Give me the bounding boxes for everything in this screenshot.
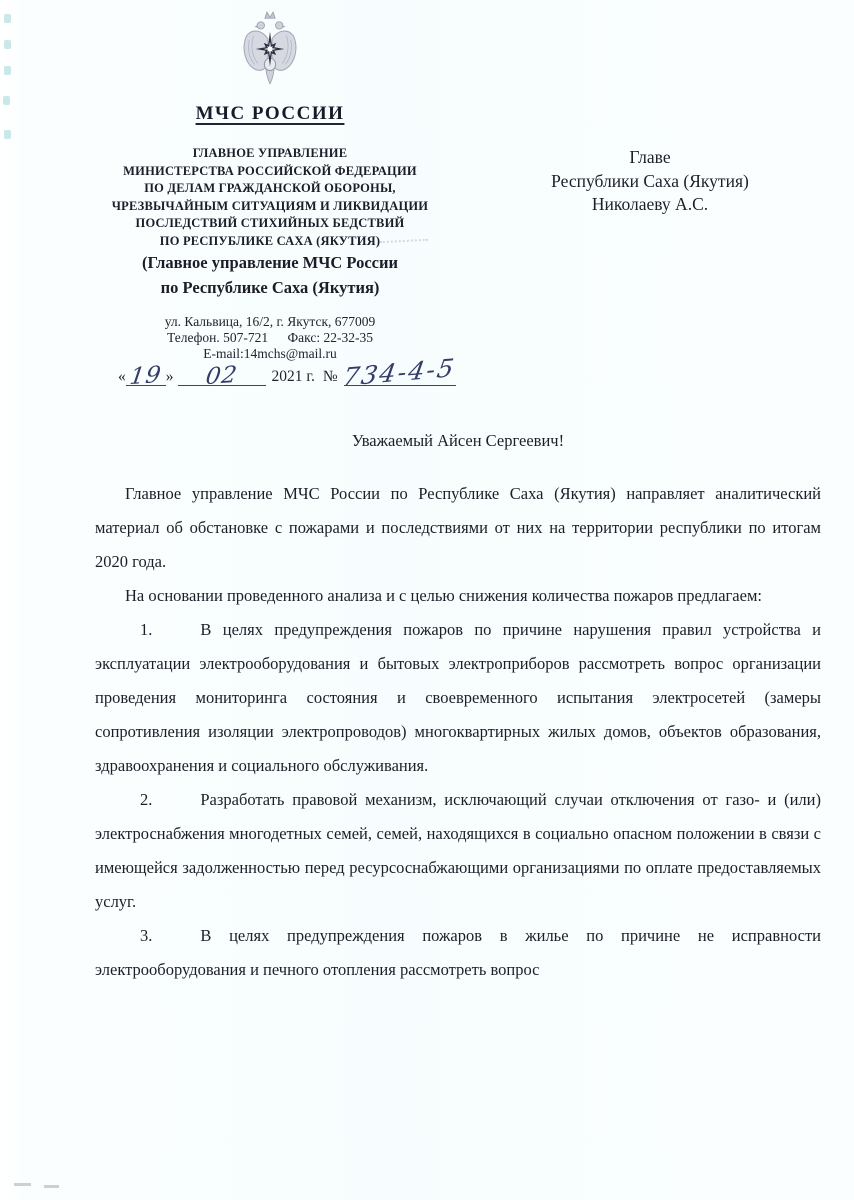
letter-body: Уважаемый Айсен Сергеевич! Главное управ… [95, 424, 821, 987]
scan-artifact [4, 130, 11, 139]
quote-close: » [166, 368, 174, 385]
number-sign: № [323, 368, 338, 385]
org-paren-line: по Республике Саха (Якутия) [52, 276, 488, 300]
body-paragraph: Главное управление МЧС России по Республ… [95, 477, 821, 579]
scan-artifact [44, 1185, 59, 1188]
org-short-title: МЧС РОССИИ [52, 103, 488, 125]
date-and-number-line: «19»022021 г.№734-4-5 [118, 362, 498, 386]
paragraph-text: Главное управление МЧС России по Республ… [95, 484, 821, 571]
org-line: ПОСЛЕДСТВИЙ СТИХИЙНЫХ БЕДСТВИЙ [52, 215, 488, 233]
scan-artifact [4, 14, 11, 23]
item-number: 3. [140, 926, 152, 945]
org-full-name: ГЛАВНОЕ УПРАВЛЕНИЕ МИНИСТЕРСТВА РОССИЙСК… [52, 145, 488, 250]
salutation: Уважаемый Айсен Сергеевич! [95, 424, 821, 458]
paragraph-text: Разработать правовой механизм, исключающ… [95, 790, 821, 911]
body-paragraph: На основании проведенного анализа и с це… [95, 579, 821, 613]
paragraph-text: В целях предупреждения пожаров в жилье п… [95, 926, 821, 979]
paragraph-text: В целях предупреждения пожаров по причин… [95, 620, 821, 775]
recipient-region: Республики Саха (Якутия) [492, 170, 808, 194]
org-line: ГЛАВНОЕ УПРАВЛЕНИЕ [52, 145, 488, 163]
handwritten-day: 19 [128, 365, 163, 388]
org-line: ПО ДЕЛАМ ГРАЖДАНСКОЙ ОБОРОНЫ, [52, 180, 488, 198]
org-paren-line: (Главное управление МЧС России [52, 251, 488, 275]
handwritten-outgoing-number: 734-4-5 [342, 357, 458, 389]
month-blank: 02 [178, 364, 266, 386]
recipient-name: Николаеву А.С. [492, 193, 808, 217]
org-paren-name: (Главное управление МЧС России по Респуб… [52, 251, 488, 300]
item-number: 1. [140, 620, 152, 639]
fax-number: Факс: 22-32-35 [287, 330, 373, 345]
day-blank: 19 [126, 364, 166, 386]
handwritten-month: 02 [204, 365, 239, 388]
paragraph-text: На основании проведенного анализа и с це… [125, 586, 762, 605]
recipient-title: Главе [492, 146, 808, 170]
item-number: 2. [140, 790, 152, 809]
scanned-letter-page: МЧС РОССИИ ГЛАВНОЕ УПРАВЛЕНИЕ МИНИСТЕРСТ… [0, 0, 854, 1200]
contact-block: ул. Кальвица, 16/2, г. Якутск, 677009 Те… [52, 314, 488, 362]
quote-open: « [118, 368, 126, 385]
year-label: 2021 г. [272, 368, 315, 385]
letterhead: МЧС РОССИИ ГЛАВНОЕ УПРАВЛЕНИЕ МИНИСТЕРСТ… [52, 8, 488, 362]
phone-fax-line: Телефон. 507-721 Факс: 22-32-35 [52, 330, 488, 346]
org-line: МИНИСТЕРСТВА РОССИЙСКОЙ ФЕДЕРАЦИИ [52, 163, 488, 181]
body-paragraph-item-2: 2.Разработать правовой механизм, исключа… [95, 783, 821, 919]
org-line: ПО РЕСПУБЛИКЕ САХА (ЯКУТИЯ) [52, 233, 488, 251]
scan-artifact [14, 1183, 31, 1186]
org-line: ЧРЕЗВЫЧАЙНЫМ СИТУАЦИЯМ И ЛИКВИДАЦИИ [52, 198, 488, 216]
scan-artifact [4, 40, 11, 49]
mchs-eagle-emblem-icon [239, 8, 301, 95]
scan-artifact [3, 96, 10, 105]
body-paragraph-item-1: 1.В целях предупреждения пожаров по прич… [95, 613, 821, 783]
recipient-block: Главе Республики Саха (Якутия) Николаеву… [492, 146, 808, 217]
phone-number: Телефон. 507-721 [167, 330, 268, 345]
scan-artifact [4, 66, 11, 75]
number-blank: 734-4-5 [344, 362, 456, 386]
body-paragraph-item-3: 3.В целях предупреждения пожаров в жилье… [95, 919, 821, 987]
postal-address: ул. Кальвица, 16/2, г. Якутск, 677009 [52, 314, 488, 330]
